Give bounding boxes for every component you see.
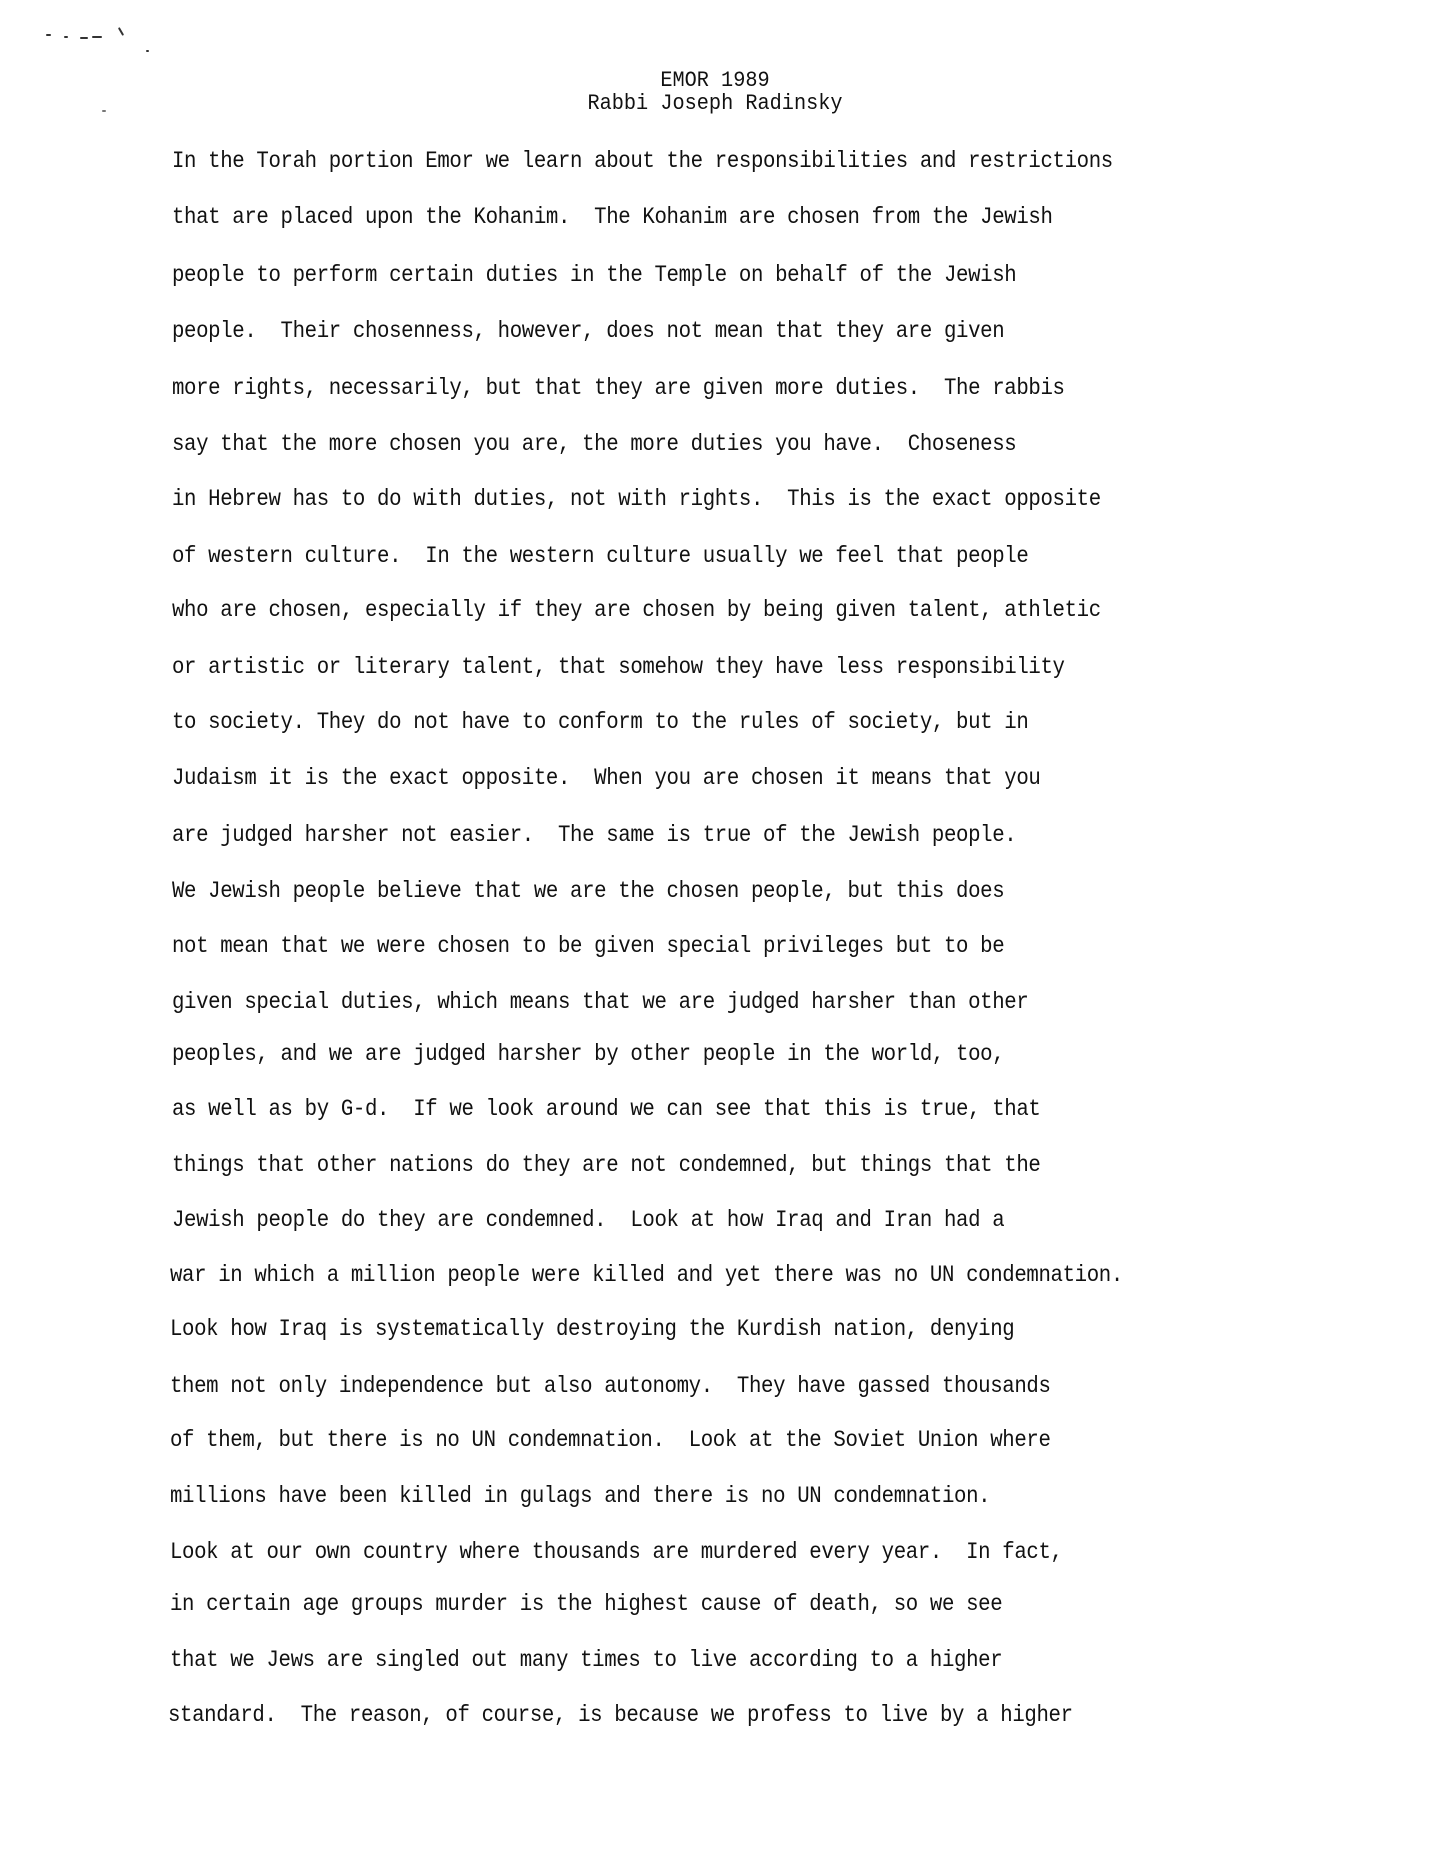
body-line: people to perform certain duties in the … <box>172 263 1016 287</box>
scan-artifact <box>46 34 51 36</box>
body-line: Judaism it is the exact opposite. When y… <box>172 766 1040 790</box>
body-line: who are chosen, especially if they are c… <box>172 598 1101 622</box>
body-line: not mean that we were chosen to be given… <box>172 934 1004 958</box>
body-line: of western culture. In the western cultu… <box>172 544 1028 568</box>
body-line: given special duties, which means that w… <box>172 990 1028 1014</box>
body-line: We Jewish people believe that we are the… <box>172 879 1004 903</box>
body-line: people. Their chosenness, however, does … <box>172 319 1004 343</box>
body-line: Look at our own country where thousands … <box>170 1540 1063 1564</box>
body-line: of them, but there is no UN condemnation… <box>170 1428 1051 1452</box>
body-line: war in which a million people were kille… <box>170 1263 1123 1287</box>
body-line: to society. They do not have to conform … <box>172 710 1028 734</box>
body-line: say that the more chosen you are, the mo… <box>172 432 1016 456</box>
body-line: or artistic or literary talent, that som… <box>172 655 1065 679</box>
body-line: that we Jews are singled out many times … <box>170 1648 1002 1672</box>
scan-artifact <box>64 36 68 38</box>
scan-artifact <box>146 50 149 52</box>
body-line: standard. The reason, of course, is beca… <box>168 1703 1073 1727</box>
document-title: EMOR 1989 <box>57 70 1373 92</box>
body-line: more rights, necessarily, but that they … <box>172 376 1065 400</box>
body-line: Jewish people do they are condemned. Loo… <box>172 1208 1004 1232</box>
body-line: millions have been killed in gulags and … <box>170 1484 990 1508</box>
scan-artifact <box>80 37 88 39</box>
body-line: things that other nations do they are no… <box>172 1153 1040 1177</box>
scan-artifact <box>92 36 102 38</box>
document-author: Rabbi Joseph Radinsky <box>57 93 1373 115</box>
body-line: as well as by G-d. If we look around we … <box>172 1097 1040 1121</box>
body-line: Look how Iraq is systematically destroyi… <box>170 1317 1014 1341</box>
body-line: in certain age groups murder is the high… <box>170 1592 1002 1616</box>
body-line: that are placed upon the Kohanim. The Ko… <box>172 205 1053 229</box>
scan-artifact <box>118 27 124 36</box>
body-line: peoples, and we are judged harsher by ot… <box>172 1042 1004 1066</box>
body-line: In the Torah portion Emor we learn about… <box>172 149 1113 173</box>
body-line: in Hebrew has to do with duties, not wit… <box>172 487 1101 511</box>
scanned-page: EMOR 1989 Rabbi Joseph Radinsky In the T… <box>0 0 1430 1851</box>
body-line: are judged harsher not easier. The same … <box>172 823 1016 847</box>
body-line: them not only independence but also auto… <box>170 1374 1051 1398</box>
